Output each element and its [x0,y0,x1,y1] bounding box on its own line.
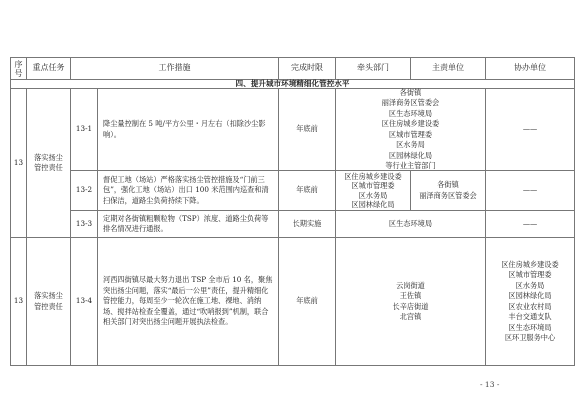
unit-name: 云岗街道 [396,281,425,292]
row-id: 13-2 [70,170,98,211]
assist-cell: —— [485,88,575,171]
unit-name: 区农业农村局 [508,302,551,313]
deadline-cell: 年底前 [278,88,336,171]
unit-name: 区生态环境局 [508,323,551,334]
header-task: 重点任务 [26,57,71,80]
deadline-cell: 年底前 [278,170,336,211]
unit-name: 丽泽商务区管委会 [382,98,440,109]
task-cell: 落实扬尘管控责任 [26,237,71,366]
lead-cell: 区住房城乡建设委 区城市管理委 区水务局 区园林绿化局 [335,170,411,211]
unit-name: 区住房城乡建设委 [501,260,559,271]
unit-name: 区水务局 [516,281,545,292]
unit-name: 区水务局 [359,191,388,201]
assist-cell: —— [485,210,575,238]
measure-text: 督促工地（场站）严格落实扬尘管控措施及“门前三包”，强化工地（场站）出口 100… [97,170,279,211]
seq-cell: 13 [10,88,27,238]
deadline-cell: 年底前 [278,237,336,366]
unit-name: 区城市管理委 [389,130,432,141]
header-measures: 工作措施 [70,57,279,80]
measure-text: 河西四街镇尽最大努力退出 TSP 全市后 10 名，聚焦突出扬尘问题，落实“最后… [97,237,279,366]
unit-name: 长辛店街道 [393,302,429,313]
measure-text: 定期对各街镇粗颗粒物（TSP）浓度、道路尘负荷等排名情况进行通报。 [97,210,279,238]
task-cell: 落实扬尘管控责任 [26,88,71,238]
page-number: - 13 - [480,380,499,389]
unit-name: 北宫镇 [400,312,422,323]
deadline-cell: 长期实施 [278,210,336,238]
assist-cell: —— [485,170,575,211]
header-responsible: 主责单位 [410,57,486,80]
lead-responsible-cell: 区生态环境局 [335,210,486,238]
seq-cell: 13 [10,237,27,366]
unit-name: 区城市管理委 [508,270,551,281]
unit-name: 丽泽商务区管委会 [419,191,477,202]
unit-name: 各街镇 [437,180,459,191]
unit-name: 区环卫服务中心 [505,333,555,344]
unit-name: 区园林绿化局 [508,291,551,302]
unit-name: 各街镇 [400,88,422,99]
header-seq: 序号 [10,57,27,80]
row-id: 13-3 [70,210,98,238]
unit-name: 区园林绿化局 [389,151,432,162]
unit-name: 王佐镇 [400,291,422,302]
unit-name: 区住房城乡建设委 [344,172,402,182]
unit-name: 区园林绿化局 [351,200,394,210]
responsible-cell: 各街镇 丽泽商务区管委会 [410,170,486,211]
lead-responsible-cell: 各街镇 丽泽商务区管委会 区生态环境局 区住房城乡建设委 区城市管理委 区水务局… [335,88,486,171]
row-id: 13-4 [70,237,98,366]
unit-name: 区水务局 [396,140,425,151]
unit-name: 区生态环境局 [389,109,432,120]
measure-text: 降尘量控制在 5 吨/平方公里・月左右（扣除沙尘影响）。 [97,88,279,171]
assist-cell: 区住房城乡建设委 区城市管理委 区水务局 区园林绿化局 区农业农村局 丰台交通支… [485,237,575,366]
header-assist: 协办单位 [485,57,575,80]
header-deadline: 完成时限 [278,57,336,80]
unit-name: 丰台交通支队 [508,312,551,323]
lead-responsible-cell: 云岗街道 王佐镇 长辛店街道 北宫镇 [335,237,486,366]
header-lead: 牵头部门 [335,57,411,80]
unit-name: 区住房城乡建设委 [382,119,440,130]
row-id: 13-1 [70,88,98,171]
unit-name: 区城市管理委 [351,181,394,191]
